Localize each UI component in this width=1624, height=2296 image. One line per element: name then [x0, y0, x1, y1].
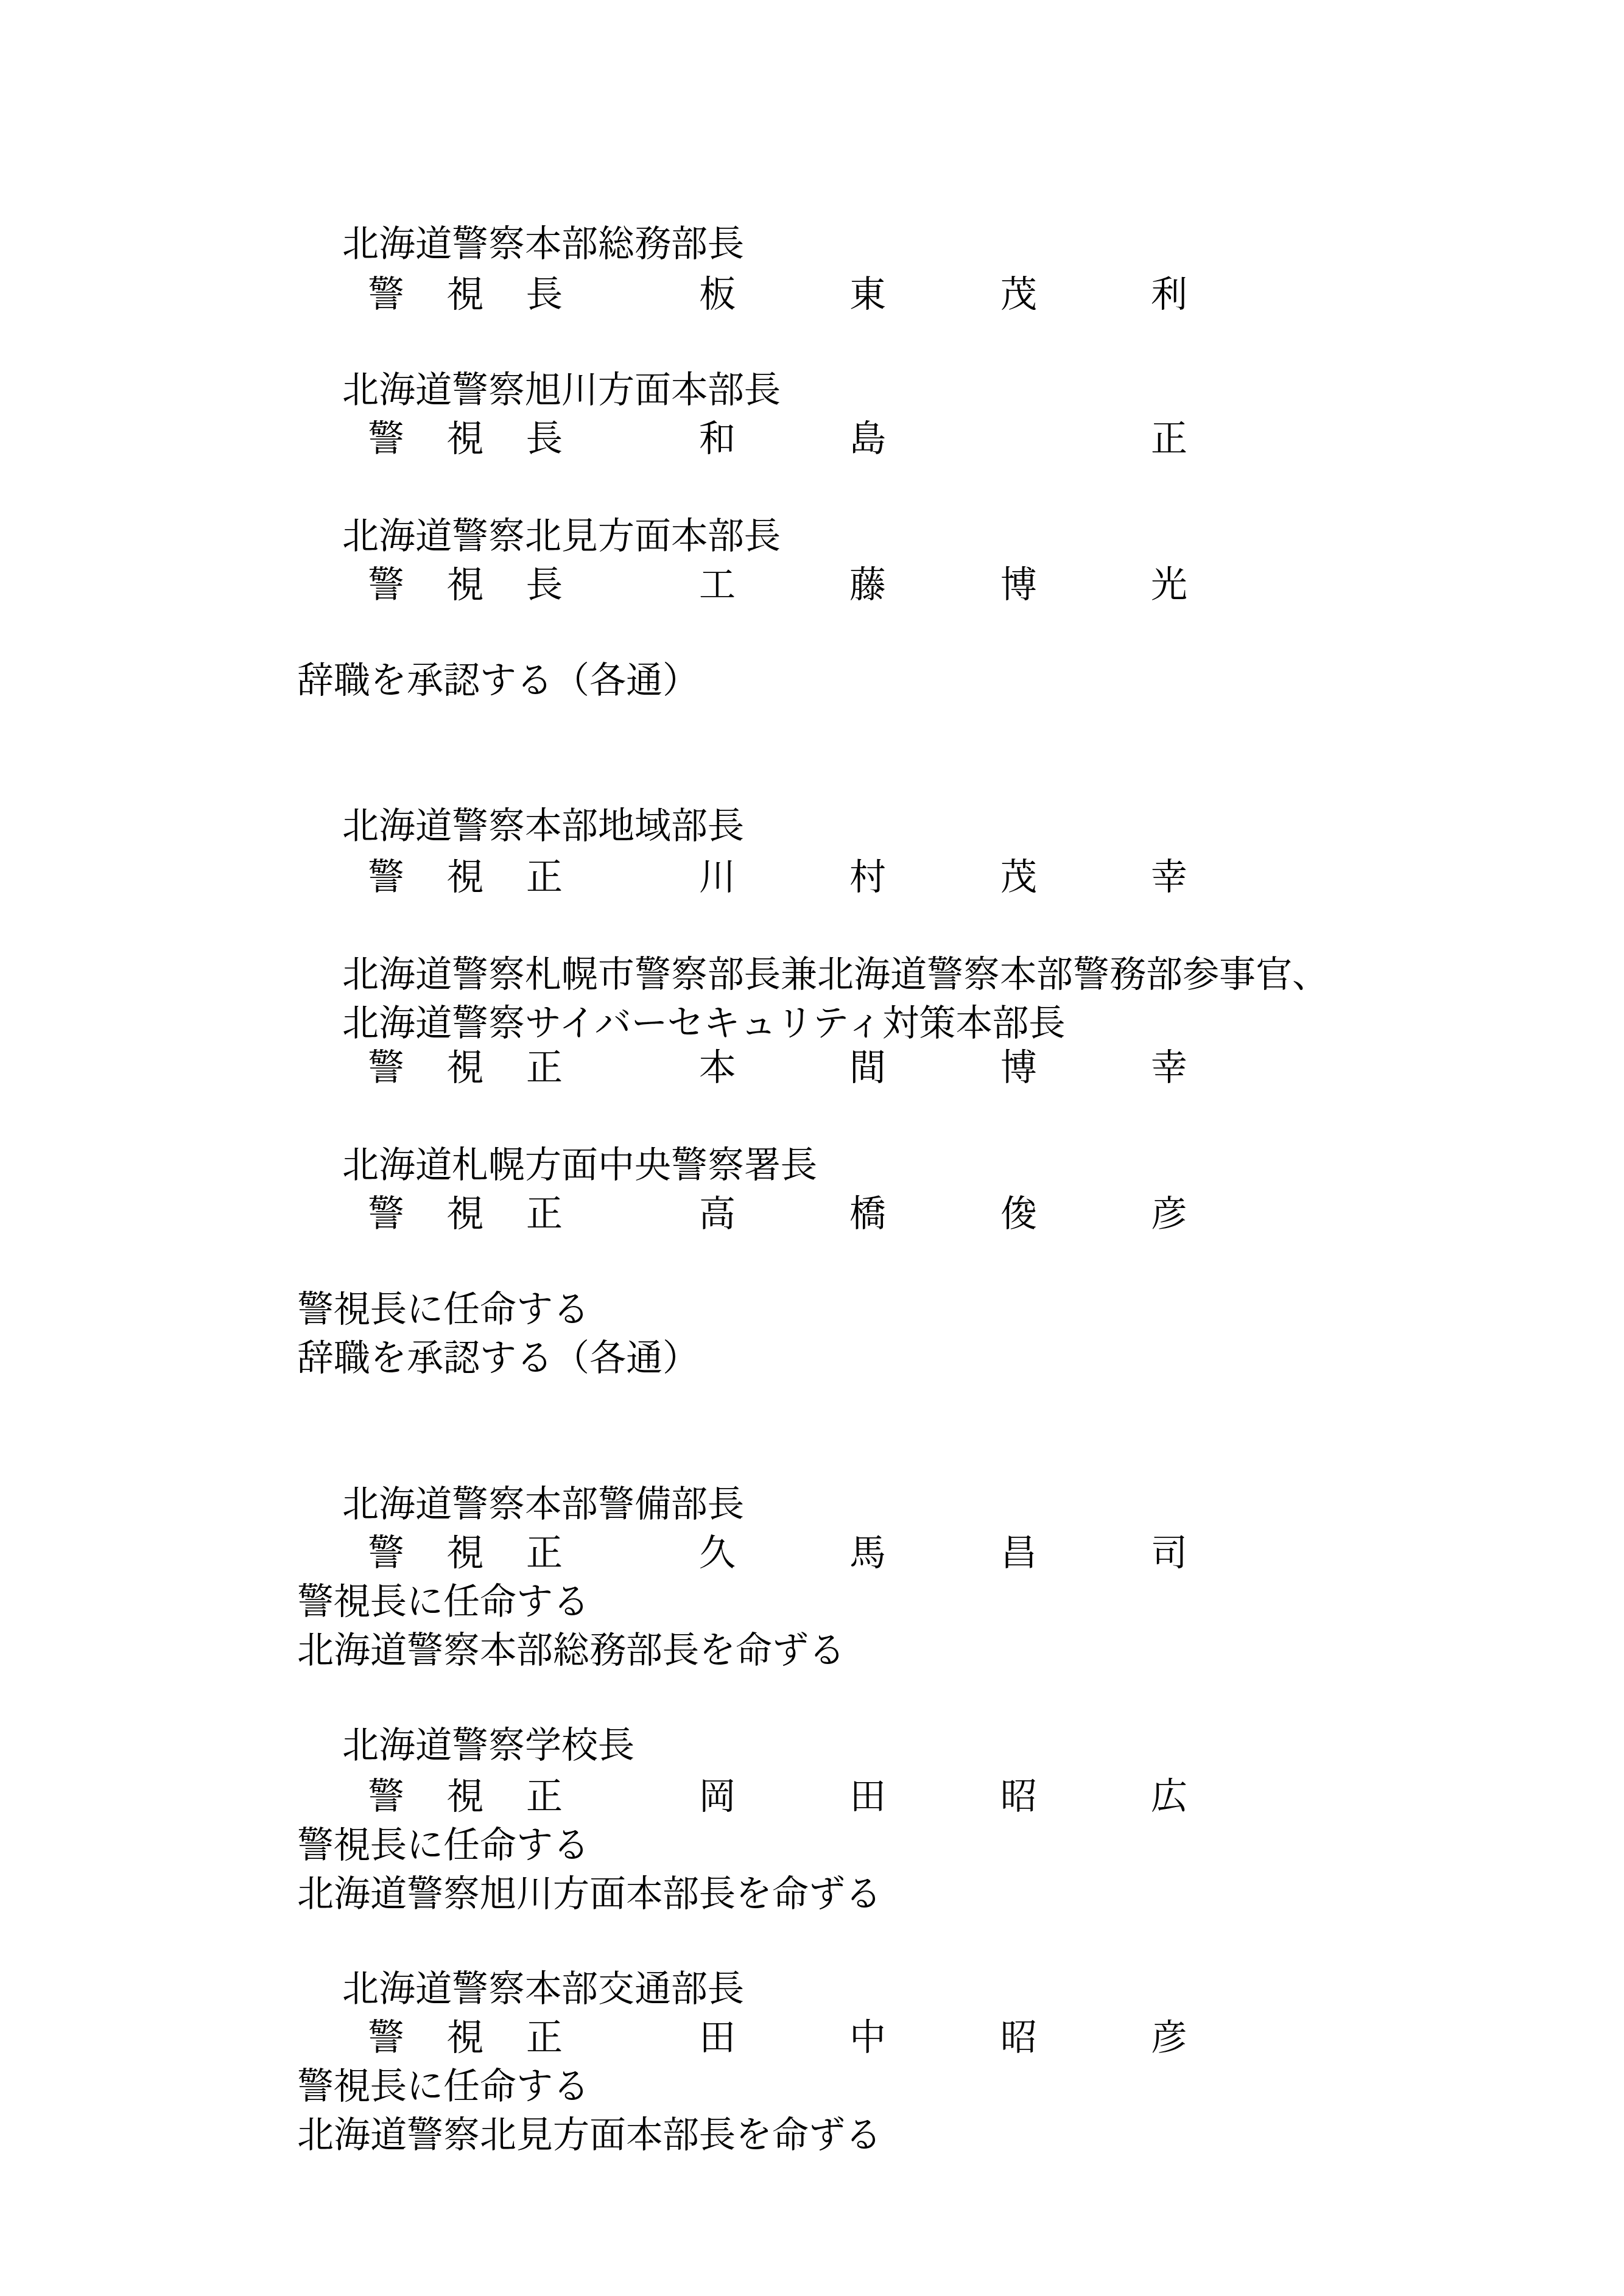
- family-name: 川村: [699, 859, 1000, 896]
- family-name: 岡田: [699, 1778, 1000, 1815]
- rank-name-line: 警視正川村茂幸: [0, 859, 1624, 899]
- action-statement-line: 北海道警察北見方面本部長を命ずる: [297, 2117, 882, 2154]
- given-name: 俊彦: [1000, 1196, 1301, 1232]
- position-title-line: 北海道警察サイバーセキュリティ対策本部長: [342, 1005, 1065, 1042]
- given-name: 正: [1151, 421, 1301, 457]
- rank-name-line: 警視正久馬昌司: [0, 1535, 1624, 1575]
- document-page: 北海道警察本部総務部長警視長板東茂利北海道警察旭川方面本部長警視長和島正北海道警…: [0, 0, 1624, 2296]
- action-statement-line: 警視長に任命する: [297, 2068, 589, 2105]
- position-title-line: 北海道警察本部交通部長: [342, 1971, 744, 2007]
- position-title-line: 北海道警察旭川方面本部長: [342, 372, 781, 409]
- given-name: 茂利: [1000, 276, 1301, 313]
- action-statement-line: 警視長に任命する: [297, 1584, 589, 1620]
- rank-name-line: 警視正岡田昭広: [0, 1778, 1624, 1819]
- position-title-line: 北海道警察本部総務部長: [342, 226, 744, 262]
- position-title-line: 北海道警察学校長: [342, 1727, 634, 1764]
- action-statement-line: 警視長に任命する: [297, 1827, 589, 1864]
- officer-name: 板東茂利: [699, 276, 1187, 313]
- given-name: 茂幸: [1000, 859, 1301, 896]
- officer-name: 岡田昭広: [699, 1778, 1187, 1815]
- rank-name-line: 警視長工藤博光: [0, 567, 1624, 607]
- action-statement-line: 北海道警察旭川方面本部長を命ずる: [297, 1876, 882, 1912]
- rank-label: 警視正: [368, 1050, 605, 1086]
- officer-name: 田中昭彦: [699, 2020, 1187, 2056]
- officer-name: 工藤博光: [699, 567, 1187, 603]
- rank-label: 警視長: [368, 276, 605, 313]
- given-name: 博光: [1000, 567, 1301, 603]
- rank-name-line: 警視長板東茂利: [0, 276, 1624, 317]
- rank-name-line: 警視正田中昭彦: [0, 2020, 1624, 2060]
- given-name: 昭広: [1000, 1778, 1301, 1815]
- rank-label: 警視長: [368, 567, 605, 603]
- family-name: 本間: [699, 1050, 1000, 1086]
- rank-name-line: 警視長和島正: [0, 421, 1624, 461]
- rank-name-line: 警視正高橋俊彦: [0, 1196, 1624, 1236]
- position-title-line: 北海道警察本部地域部長: [342, 808, 744, 844]
- given-name: 昌司: [1000, 1535, 1301, 1571]
- officer-name: 高橋俊彦: [699, 1196, 1187, 1232]
- officer-name: 久馬昌司: [699, 1535, 1187, 1571]
- family-name: 田中: [699, 2020, 1000, 2056]
- rank-label: 警視正: [368, 1196, 605, 1232]
- officer-name: 川村茂幸: [699, 859, 1187, 896]
- position-title-line: 北海道警察北見方面本部長: [342, 518, 781, 555]
- officer-name: 和島正: [699, 421, 1187, 457]
- action-statement-line: 北海道警察本部総務部長を命ずる: [297, 1632, 845, 1669]
- rank-label: 警視長: [368, 421, 605, 457]
- action-statement-line: 辞職を承認する（各通）: [297, 662, 699, 699]
- family-name: 板東: [699, 276, 1000, 313]
- rank-label: 警視正: [368, 2020, 605, 2056]
- position-title-line: 北海道警察札幌市警察部長兼北海道警察本部警務部参事官、: [342, 957, 1329, 993]
- family-name: 和島: [699, 421, 1000, 457]
- action-statement-line: 辞職を承認する（各通）: [297, 1340, 699, 1377]
- officer-name: 本間博幸: [699, 1050, 1187, 1086]
- given-name: 昭彦: [1000, 2020, 1301, 2056]
- position-title-line: 北海道警察本部警備部長: [342, 1486, 744, 1523]
- given-name: 博幸: [1000, 1050, 1301, 1086]
- family-name: 久馬: [699, 1535, 1000, 1571]
- rank-name-line: 警視正本間博幸: [0, 1050, 1624, 1090]
- family-name: 高橋: [699, 1196, 1000, 1232]
- position-title-line: 北海道札幌方面中央警察署長: [342, 1147, 817, 1184]
- family-name: 工藤: [699, 567, 1000, 603]
- rank-label: 警視正: [368, 859, 605, 896]
- rank-label: 警視正: [368, 1778, 605, 1815]
- action-statement-line: 警視長に任命する: [297, 1291, 589, 1328]
- rank-label: 警視正: [368, 1535, 605, 1571]
